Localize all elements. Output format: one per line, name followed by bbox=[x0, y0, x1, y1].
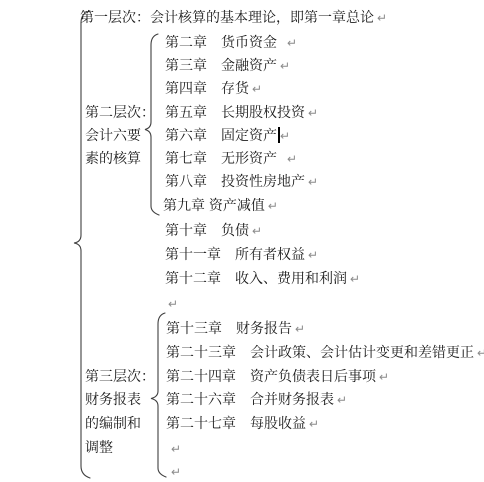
chapter-number: 第二十三章 bbox=[166, 344, 236, 360]
chapter-separator bbox=[207, 34, 221, 50]
chapter-line[interactable]: 第十一章 所有者权益↵ bbox=[165, 245, 318, 264]
chapter-title: 每股收益 bbox=[250, 415, 306, 431]
level2-label-text: 会计六要 bbox=[85, 127, 141, 143]
paragraph-mark-icon: ↵ bbox=[379, 370, 389, 384]
level3-label-text: 财务报表 bbox=[85, 391, 141, 407]
level3-label-line[interactable]: 的编制和 bbox=[85, 414, 141, 432]
chapter-title: 投资性房地产 bbox=[221, 173, 305, 189]
chapter-line[interactable]: 第二十六章 合并财务报表↵ bbox=[166, 390, 347, 409]
paragraph-mark-icon: ↵ bbox=[268, 199, 278, 213]
paragraph-mark-icon: ↵ bbox=[280, 129, 290, 143]
chapter-number: 第二十四章 bbox=[166, 368, 236, 384]
paragraph-mark-icon: ↵ bbox=[308, 175, 318, 189]
chapter-line[interactable]: 第十二章 收入、费用和利润↵ bbox=[165, 269, 360, 288]
chapter-title: 财务报告 bbox=[236, 320, 292, 336]
paragraph-mark-icon: ↵ bbox=[350, 272, 360, 286]
chapter-line[interactable]: 第四章 存货↵ bbox=[165, 79, 262, 98]
chapter-separator bbox=[236, 391, 250, 407]
chapter-title: 会计政策、会计估计变更和差错更正 bbox=[250, 344, 474, 360]
level2-label-line[interactable]: 第二层次： bbox=[85, 103, 155, 121]
chapter-title: 金融资产 bbox=[221, 57, 277, 73]
chapter-line[interactable]: 第七章 无形资产↵ bbox=[165, 149, 297, 168]
word-document-page[interactable]: 第一层次：会计核算的基本理论，即第一章总论↵ 第二层次： 会计六要 素的核算 第… bbox=[0, 0, 484, 482]
chapter-number: 第十二章 bbox=[165, 270, 221, 286]
chapter-line[interactable]: 第二十三章 会计政策、会计估计变更和差错更正↵ bbox=[166, 343, 484, 362]
chapter-title: 长期股权投资 bbox=[221, 104, 305, 120]
empty-paragraph-line[interactable]: ↵ bbox=[168, 294, 178, 313]
chapter-separator bbox=[221, 246, 235, 262]
empty-paragraph-line[interactable]: ↵ bbox=[171, 462, 181, 481]
paragraph-mark-icon: ↵ bbox=[295, 322, 305, 336]
paragraph-mark-icon: ↵ bbox=[171, 465, 181, 479]
chapter-title: 资产负债表日后事项 bbox=[250, 368, 376, 384]
empty-paragraph-line[interactable]: ↵ bbox=[171, 439, 181, 458]
level1-heading-line[interactable]: 第一层次：会计核算的基本理论，即第一章总论↵ bbox=[80, 8, 387, 27]
chapter-number: 第三章 bbox=[165, 57, 207, 73]
chapter-number: 第十一章 bbox=[165, 246, 221, 262]
chapter-title: 负债 bbox=[221, 222, 249, 238]
chapter-separator bbox=[207, 173, 221, 189]
chapter-line[interactable]: 第二十四章 资产负债表日后事项↵ bbox=[166, 367, 389, 386]
chapter-title: 合并财务报表 bbox=[250, 391, 334, 407]
paragraph-mark-icon: ↵ bbox=[308, 248, 318, 262]
level2-label-text: 素的核算 bbox=[85, 150, 141, 166]
chapter-line[interactable]: 第八章 投资性房地产↵ bbox=[165, 172, 318, 191]
chapter-separator bbox=[207, 104, 221, 120]
chapter-title: 收入、费用和利润 bbox=[235, 270, 347, 286]
chapter-separator bbox=[207, 222, 221, 238]
chapter-line[interactable]: 第九章 资产减值↵ bbox=[163, 196, 278, 215]
paragraph-mark-icon: ↵ bbox=[477, 346, 484, 360]
chapter-separator bbox=[222, 320, 236, 336]
level2-label-line[interactable]: 会计六要 bbox=[85, 126, 141, 144]
paragraph-mark-icon: ↵ bbox=[308, 106, 318, 120]
chapter-title: 资产减值 bbox=[209, 197, 265, 213]
level2-label-line[interactable]: 素的核算 bbox=[85, 149, 141, 167]
paragraph-mark-icon: ↵ bbox=[252, 224, 262, 238]
level3-label-line[interactable]: 财务报表 bbox=[85, 390, 141, 408]
chapter-line[interactable]: 第二章 货币资金↵ bbox=[165, 33, 297, 52]
chapter-separator bbox=[221, 270, 235, 286]
level3-label-line[interactable]: 调整 bbox=[85, 438, 113, 456]
chapter-separator bbox=[207, 80, 221, 96]
chapter-line[interactable]: 第六章 固定资产↵ bbox=[165, 126, 290, 145]
paragraph-mark-icon: ↵ bbox=[287, 152, 297, 166]
chapter-number: 第四章 bbox=[165, 80, 207, 96]
chapter-number: 第七章 bbox=[165, 150, 207, 166]
paragraph-mark-icon: ↵ bbox=[309, 417, 319, 431]
chapter-line[interactable]: 第十章 负债↵ bbox=[165, 221, 262, 240]
paragraph-mark-icon: ↵ bbox=[377, 11, 387, 25]
chapter-number: 第六章 bbox=[165, 127, 207, 143]
level2-label-text: 第二层次： bbox=[85, 104, 155, 120]
level3-label-line[interactable]: 第三层次： bbox=[85, 367, 155, 385]
chapter-number: 第十章 bbox=[165, 222, 207, 238]
chapter-line[interactable]: 第十三章 财务报告↵ bbox=[166, 319, 305, 338]
chapter-title: 所有者权益 bbox=[235, 246, 305, 262]
paragraph-mark-icon: ↵ bbox=[280, 59, 290, 73]
chapter-title: 货币资金 bbox=[221, 34, 277, 50]
chapter-separator bbox=[236, 344, 250, 360]
chapter-line[interactable]: 第二十七章 每股收益↵ bbox=[166, 414, 319, 433]
chapter-line[interactable]: 第五章 长期股权投资↵ bbox=[165, 103, 318, 122]
chapter-separator bbox=[207, 127, 221, 143]
chapter-number: 第二十七章 bbox=[166, 415, 236, 431]
chapter-number: 第五章 bbox=[165, 104, 207, 120]
paragraph-mark-icon: ↵ bbox=[252, 82, 262, 96]
chapter-separator bbox=[236, 415, 250, 431]
level3-label-text: 的编制和 bbox=[85, 415, 141, 431]
chapter-line[interactable]: 第三章 金融资产↵ bbox=[165, 56, 290, 75]
chapter-separator bbox=[236, 368, 250, 384]
chapter-number: 第九章 bbox=[163, 197, 205, 213]
chapter-title: 固定资产 bbox=[221, 127, 277, 143]
level3-brace-shape[interactable] bbox=[151, 313, 166, 477]
chapter-title: 存货 bbox=[221, 80, 249, 96]
paragraph-mark-icon: ↵ bbox=[168, 297, 178, 311]
chapter-number: 第二章 bbox=[165, 34, 207, 50]
level2-brace-shape[interactable] bbox=[145, 34, 159, 215]
chapter-separator bbox=[207, 150, 221, 166]
level1-text: 第一层次：会计核算的基本理论，即第一章总论 bbox=[80, 9, 374, 25]
chapter-separator bbox=[207, 57, 221, 73]
paragraph-mark-icon: ↵ bbox=[337, 393, 347, 407]
chapter-number: 第八章 bbox=[165, 173, 207, 189]
level3-label-text: 第三层次： bbox=[85, 368, 155, 384]
paragraph-mark-icon: ↵ bbox=[171, 442, 181, 456]
level3-label-text: 调整 bbox=[85, 439, 113, 455]
paragraph-mark-icon: ↵ bbox=[287, 36, 297, 50]
chapter-title: 无形资产 bbox=[221, 150, 277, 166]
chapter-number: 第十三章 bbox=[166, 320, 222, 336]
chapter-number: 第二十六章 bbox=[166, 391, 236, 407]
